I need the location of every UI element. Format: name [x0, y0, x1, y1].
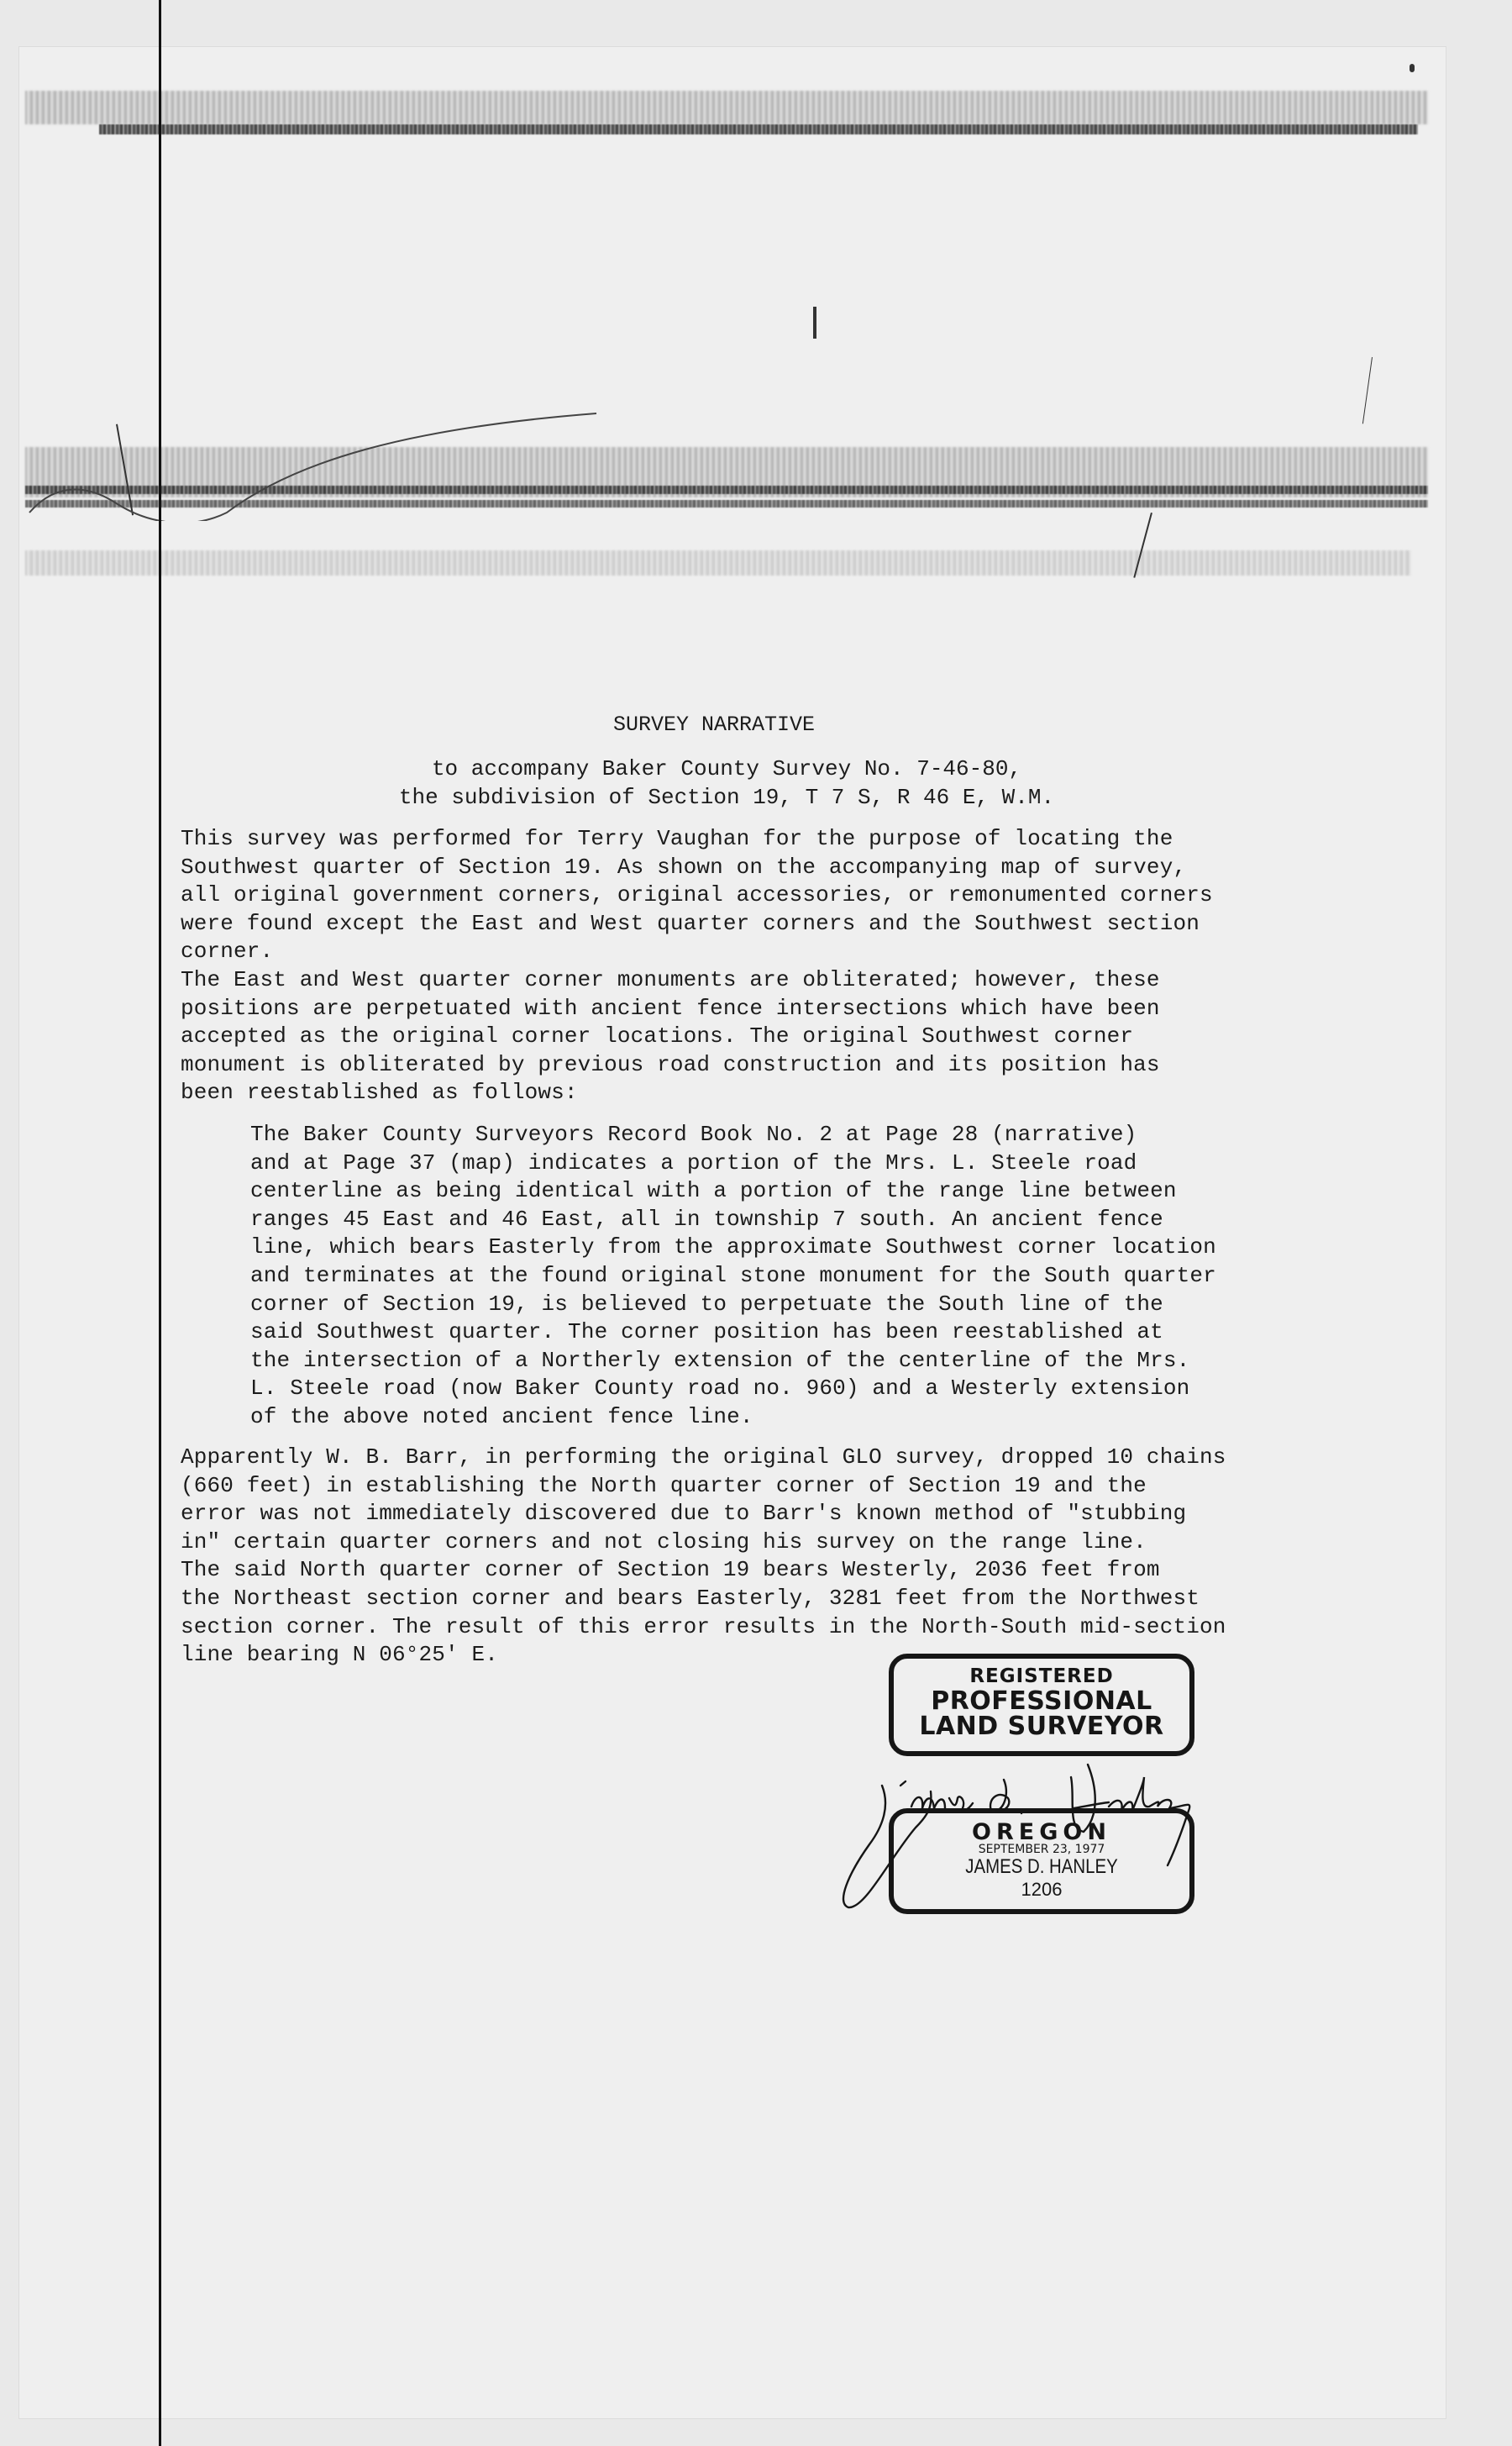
- scan-artifact-top-band: [99, 124, 1418, 134]
- document-subtitle-line-2: the subdivision of Section 19, T 7 S, R …: [181, 783, 1273, 812]
- signature-icon: [832, 1748, 1218, 1924]
- margin-line: [159, 0, 161, 2446]
- paragraph-purpose: This survey was performed for Terry Vaug…: [181, 825, 1213, 966]
- scan-artifact-mark: [813, 307, 816, 339]
- stamp-line-registered: REGISTERED: [894, 1664, 1189, 1689]
- document-title: SURVEY NARRATIVE: [613, 713, 815, 737]
- scan-artifact-curve: [25, 412, 613, 521]
- stamp-line-land-surveyor: LAND SURVEYOR: [894, 1714, 1189, 1739]
- paragraph-obliterated-corners: The East and West quarter corner monumen…: [181, 966, 1160, 1107]
- stamp-line-professional: PROFESSIONAL: [894, 1689, 1189, 1714]
- scan-artifact-top-haze: [25, 91, 1428, 124]
- surveyor-stamp-header: REGISTERED PROFESSIONAL LAND SURVEYOR: [889, 1654, 1194, 1756]
- paragraph-reestablishment-method: The Baker County Surveyors Record Book N…: [250, 1121, 1216, 1432]
- scan-artifact-lower-haze: [25, 550, 1411, 576]
- document-subtitle-line-1: to accompany Baker County Survey No. 7-4…: [181, 755, 1273, 783]
- scan-artifact-dot: [1410, 64, 1415, 72]
- paragraph-barr-error: Apparently W. B. Barr, in performing the…: [181, 1444, 1226, 1670]
